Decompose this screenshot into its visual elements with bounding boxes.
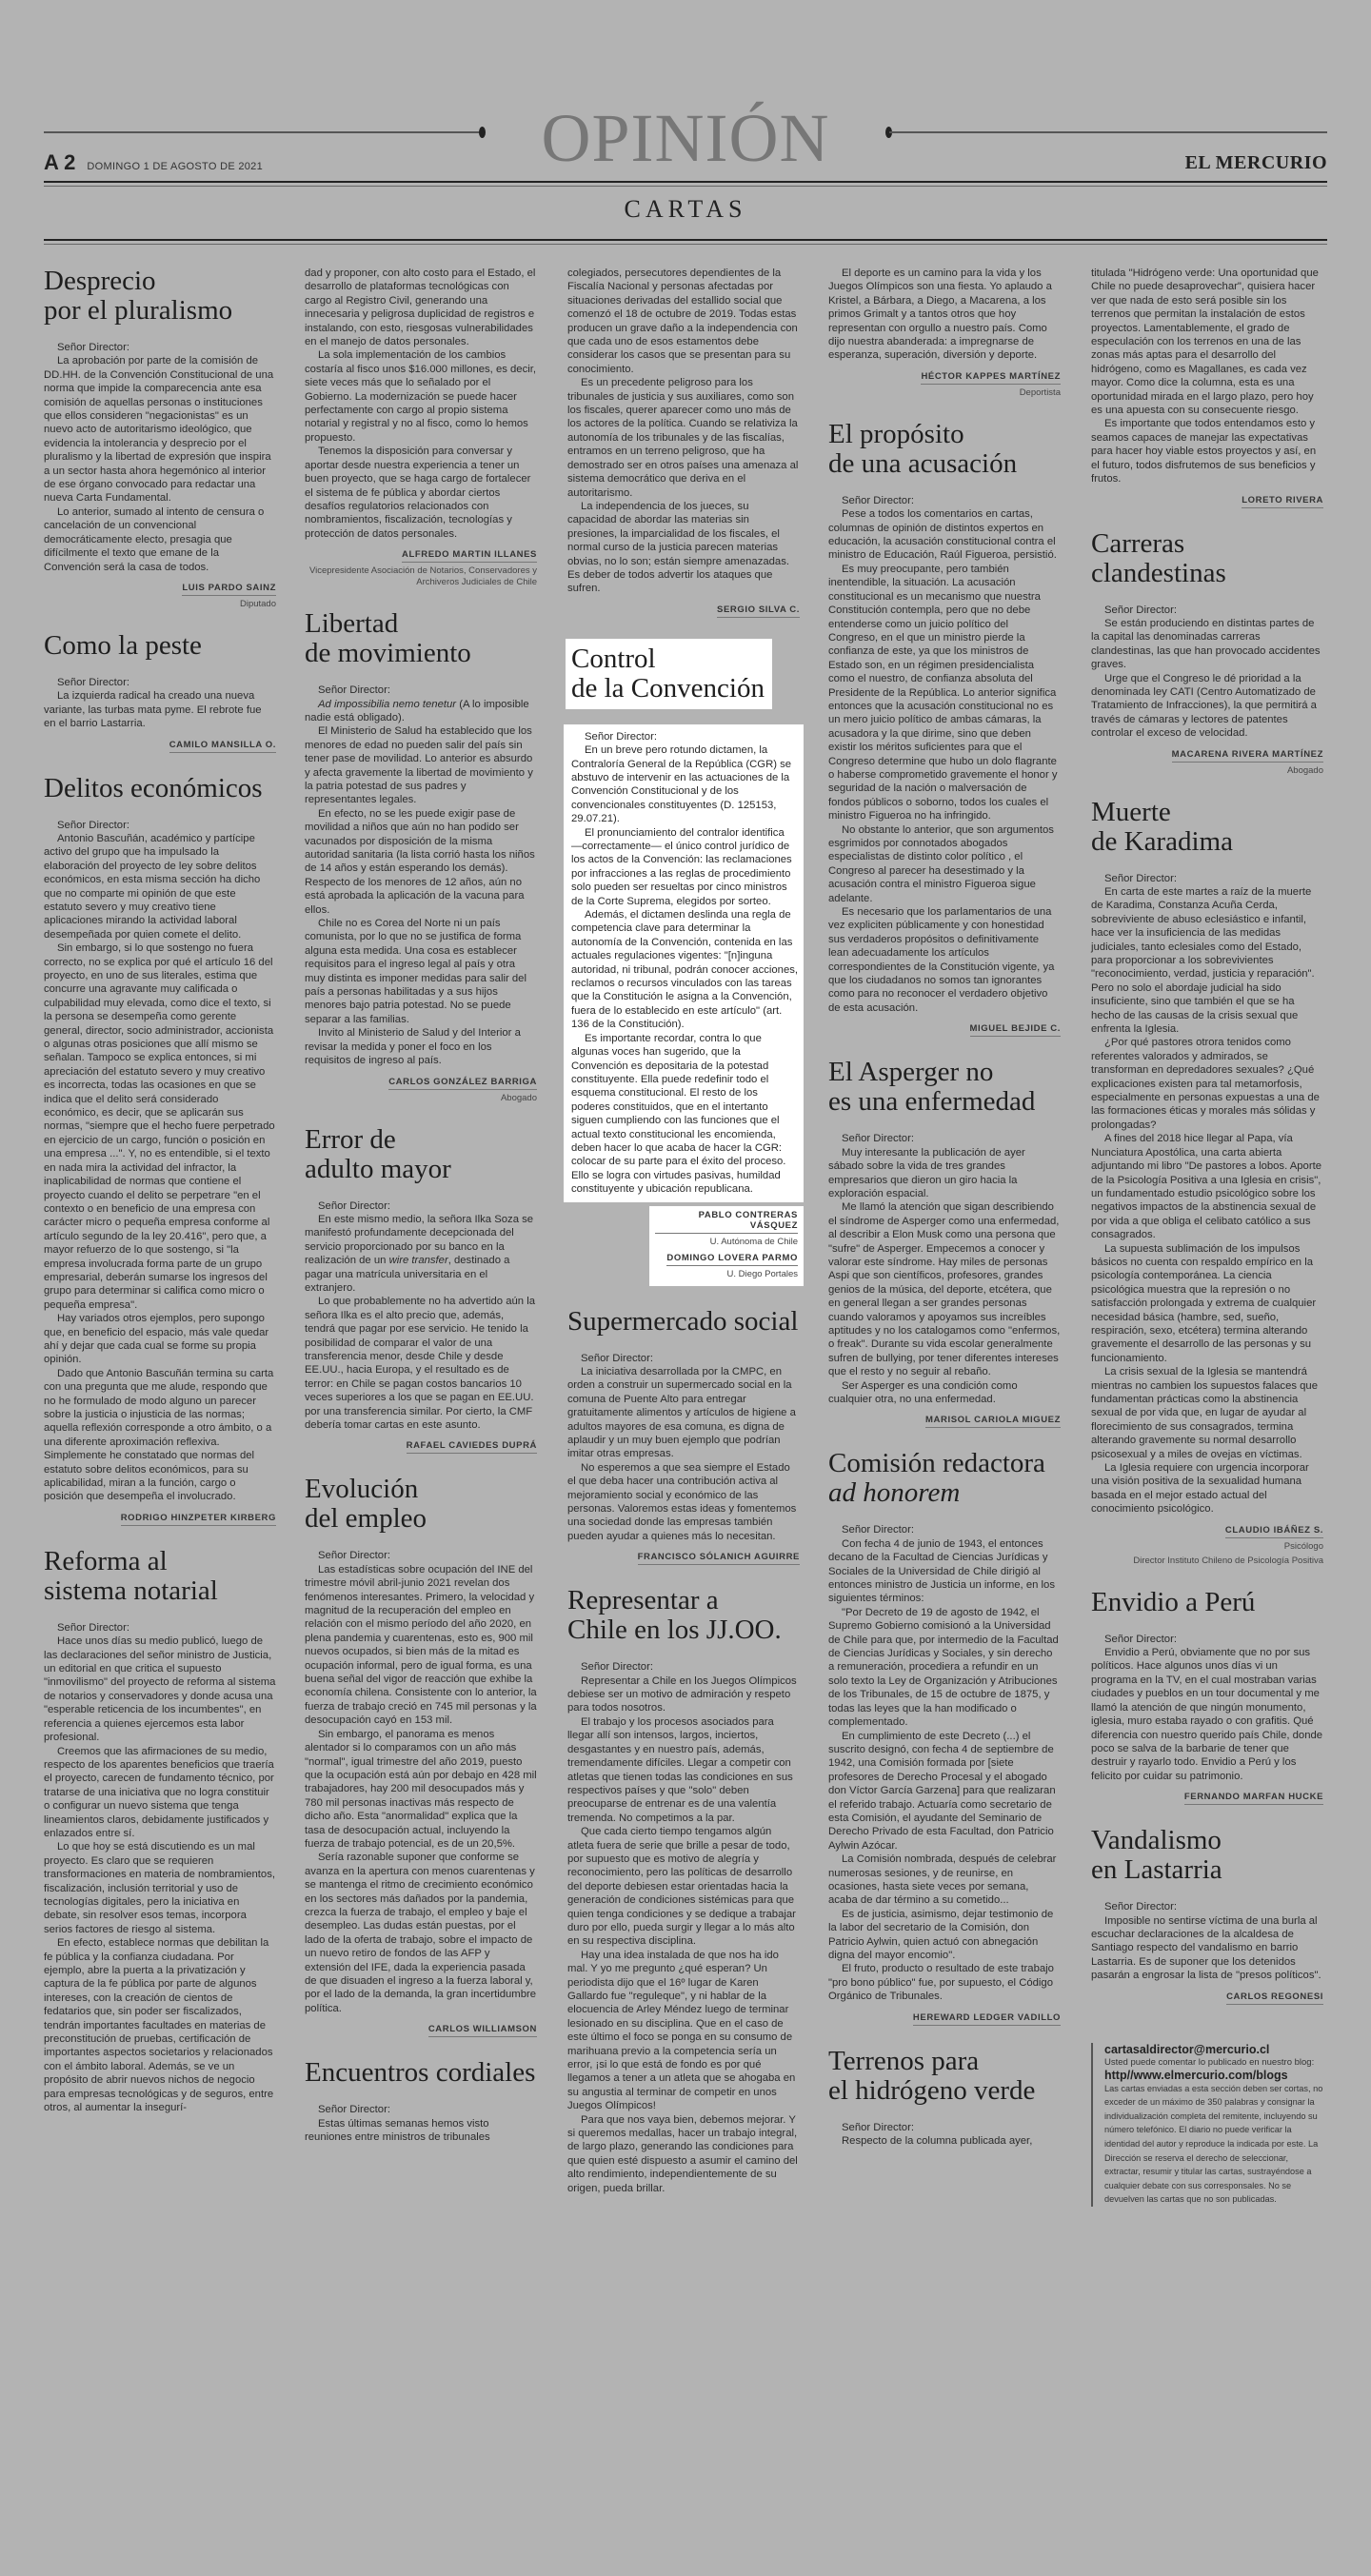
- signature: LORETO RIVERA: [1091, 490, 1323, 508]
- paragraph: Lo que hoy se está discutiendo es un mal…: [44, 1840, 276, 1936]
- letter-body: Señor Director: Respecto de la columna p…: [828, 2121, 1061, 2149]
- author-name: RAFAEL CAVIEDES DUPRÁ: [407, 1440, 537, 1454]
- subsection-title: CARTAS: [44, 195, 1327, 224]
- salutation: Señor Director:: [1091, 604, 1323, 617]
- divider: [44, 186, 1327, 187]
- signature: HEREWARD LEDGER VADILLO: [828, 2008, 1061, 2026]
- paragraph: Es importante que todos entendamos esto …: [1091, 417, 1323, 485]
- letter-body: Señor Director: Imposible no sentirse ví…: [1091, 1900, 1323, 1982]
- signature: CAMILO MANSILLA O.: [44, 735, 276, 753]
- paragraph: Me llamó la atención que sigan describie…: [828, 1200, 1061, 1378]
- paragraph: En efecto, establece normas que debilita…: [44, 1936, 276, 2114]
- contact-box: cartasaldirector@mercurio.cl Usted puede…: [1091, 2043, 1323, 2207]
- paragraph: Además, el dictamen deslinda una regla d…: [571, 908, 798, 1032]
- salutation: Señor Director:: [828, 1132, 1061, 1145]
- paragraph: Es importante recordar, contra lo que al…: [571, 1032, 798, 1197]
- author-name: CARLOS GONZÁLEZ BARRIGA: [388, 1077, 537, 1090]
- signature: CARLOS WILLIAMSON: [305, 2019, 537, 2037]
- signature: MIGUEL BEJIDE C.: [828, 1019, 1061, 1037]
- paragraph: titulada "Hidrógeno verde: Una oportunid…: [1091, 267, 1323, 417]
- salutation: Señor Director:: [305, 2103, 537, 2116]
- letter-body: Señor Director: Estas últimas semanas he…: [305, 2103, 537, 2144]
- paragraph: El trabajo y los procesos asociados para…: [567, 1715, 800, 1825]
- letter-body: Señor Director: Ad impossibilia nemo ten…: [305, 684, 537, 1067]
- letter-supermercado: Supermercado social Señor Director: La i…: [567, 1307, 800, 1566]
- salutation: Señor Director:: [571, 730, 798, 743]
- masthead-rule-right: [889, 131, 1327, 133]
- paragraph: Ser Asperger es una condición como cualq…: [828, 1379, 1061, 1407]
- page-number: A 2: [44, 150, 75, 175]
- paragraph: En efecto, no se les puede exigir pase d…: [305, 807, 537, 917]
- letter-headline: Control de la Convención: [566, 639, 772, 709]
- paragraph: El deporte es un camino para la vida y l…: [828, 267, 1061, 363]
- letter-headline: Libertad de movimiento: [305, 609, 537, 668]
- paragraph: Hay una idea instalada de que nos ha ido…: [567, 1949, 800, 2113]
- letter-headline: Envidio a Perú: [1091, 1588, 1323, 1617]
- letter-asperger: El Asperger no es una enfermedad Señor D…: [828, 1058, 1061, 1428]
- paragraph: Es necesario que los parlamentarios de u…: [828, 905, 1061, 1015]
- letter-headline: Delitos económicos: [44, 774, 276, 803]
- author-title: Director Instituto Chileno de Psicología…: [1091, 1556, 1323, 1567]
- paragraph: Estas últimas semanas hemos visto reunio…: [305, 2117, 537, 2145]
- blog-note: Usted puede comentar lo publicado en nue…: [1104, 2056, 1323, 2069]
- salutation: Señor Director:: [44, 676, 276, 689]
- divider: [44, 181, 1327, 183]
- salutation: Señor Director:: [567, 1352, 800, 1365]
- letter-body: Señor Director: Envidio a Perú, obviamen…: [1091, 1633, 1323, 1783]
- signature: FERNANDO MARFAN HUCKE: [1091, 1787, 1323, 1805]
- paragraph: Imposible no sentirse víctima de una bur…: [1091, 1914, 1323, 1983]
- salutation: Señor Director:: [567, 1660, 800, 1674]
- column-5: titulada "Hidrógeno verde: Una oportunid…: [1091, 267, 1323, 2207]
- letter-jjoo-continued: El deporte es un camino para la vida y l…: [828, 267, 1061, 399]
- letter-body: Señor Director: Antonio Bascuñán, académ…: [44, 819, 276, 1504]
- letter-body: Señor Director: Se están produciendo en …: [1091, 604, 1323, 741]
- letter-headline: Como la peste: [44, 631, 276, 661]
- paragraph: Sería razonable suponer que conforme se …: [305, 1851, 537, 2015]
- paragraph: Muy interesante la publicación de ayer s…: [828, 1146, 1061, 1201]
- paragraph: "Por Decreto de 19 de agosto de 1942, el…: [828, 1606, 1061, 1730]
- paragraph: Ad impossibilia nemo tenetur (A lo impos…: [305, 698, 537, 725]
- author-title: U. Autónoma de Chile: [655, 1237, 798, 1248]
- letter-error-adulto: Error de adulto mayor Señor Director: En…: [305, 1125, 537, 1455]
- salutation: Señor Director:: [305, 1549, 537, 1562]
- paragraph: Antonio Bascuñán, académico y partícipe …: [44, 832, 276, 941]
- letter-body: titulada "Hidrógeno verde: Una oportunid…: [1091, 267, 1323, 486]
- letter-desprecio: Desprecio por el pluralismo Señor Direct…: [44, 267, 276, 610]
- paragraph: Es de justicia, asimismo, dejar testimon…: [828, 1908, 1061, 1963]
- page-info: A 2 DOMINGO 1 DE AGOSTO DE 2021: [44, 150, 263, 175]
- author-name: DOMINGO LOVERA PARMO: [666, 1253, 798, 1266]
- salutation: Señor Director:: [828, 1523, 1061, 1536]
- letter-empleo: Evolución del empleo Señor Director: Las…: [305, 1475, 537, 2037]
- salutation: Señor Director:: [828, 2121, 1061, 2134]
- paragraph: Representar a Chile en los Juegos Olímpi…: [567, 1674, 800, 1715]
- paragraph: El Ministerio de Salud ha establecido qu…: [305, 724, 537, 806]
- paragraph: Urge que el Congreso le dé prioridad a l…: [1091, 672, 1323, 741]
- salutation: Señor Director:: [305, 1199, 537, 1213]
- author-name: CARLOS WILLIAMSON: [428, 2024, 537, 2037]
- author-name: RODRIGO HINZPETER KIRBERG: [121, 1513, 276, 1526]
- paragraph: Que cada cierto tiempo tengamos algún at…: [567, 1825, 800, 1949]
- author-name: PABLO CONTRERAS VÁSQUEZ: [655, 1210, 798, 1234]
- signature: CLAUDIO IBÁÑEZ S. Psicólogo Director Ins…: [1091, 1520, 1323, 1567]
- paragraph: No esperemos a que sea siempre el Estado…: [567, 1461, 800, 1543]
- author-title: Abogado: [1091, 765, 1323, 777]
- author-name: MACARENA RIVERA MARTÍNEZ: [1172, 749, 1323, 763]
- letter-body: Señor Director: Las estadísticas sobre o…: [305, 1549, 537, 2015]
- paragraph: Es un precedente peligroso para los trib…: [567, 376, 800, 500]
- author-title: Psicólogo: [1091, 1541, 1323, 1553]
- letter-body: Señor Director: En un breve pero rotundo…: [564, 724, 804, 1202]
- author-title: Diputado: [44, 599, 276, 610]
- letter-karadima: Muerte de Karadima Señor Director: En ca…: [1091, 798, 1323, 1567]
- contact-email-link[interactable]: cartasaldirector@mercurio.cl: [1104, 2043, 1323, 2056]
- signature: RAFAEL CAVIEDES DUPRÁ: [305, 1436, 537, 1454]
- letter-carreras: Carreras clandestinas Señor Director: Se…: [1091, 529, 1323, 777]
- letter-comision: Comisión redactora ad honorem Señor Dire…: [828, 1449, 1061, 2025]
- paragraph: Hay variados otros ejemplos, pero supong…: [44, 1312, 276, 1367]
- letter-control-convencion: Control de la Convención Señor Director:…: [567, 639, 800, 1286]
- paragraph: Chile no es Corea del Norte ni un país c…: [305, 917, 537, 1026]
- column-3: colegiados, persecutores dependientes de…: [567, 267, 800, 2216]
- letter-headline: El Asperger no es una enfermedad: [828, 1058, 1061, 1117]
- paragraph: Con fecha 4 de junio de 1943, el entonce…: [828, 1537, 1061, 1606]
- signature: FRANCISCO SÓLANICH AGUIRRE: [567, 1547, 800, 1565]
- paragraph: El pronunciamiento del contralor identif…: [571, 826, 798, 908]
- signature: MACARENA RIVERA MARTÍNEZ Abogado: [1091, 744, 1323, 777]
- paragraph: El fruto, producto o resultado de este t…: [828, 1962, 1061, 2003]
- paragraph: Creemos que las afirmaciones de su medio…: [44, 1745, 276, 1841]
- letter-body: Señor Director: La iniciativa desarrolla…: [567, 1352, 800, 1544]
- letter-headline: Vandalismo en Lastarria: [1091, 1826, 1323, 1885]
- author-name: FERNANDO MARFAN HUCKE: [1184, 1792, 1323, 1805]
- masthead: OPINIÓN A 2 DOMINGO 1 DE AGOSTO DE 2021 …: [44, 105, 1327, 257]
- author-name: MIGUEL BEJIDE C.: [970, 1023, 1061, 1037]
- letter-body: Señor Director: Con fecha 4 de junio de …: [828, 1523, 1061, 2003]
- letter-body: Señor Director: Pese a todos los comenta…: [828, 494, 1061, 1015]
- salutation: Señor Director:: [44, 341, 276, 354]
- letter-headline: Comisión redactora ad honorem: [828, 1449, 1061, 1508]
- paragraph: Hace unos días su medio publicó, luego d…: [44, 1635, 276, 1744]
- paragraph: La Iglesia requiere con urgencia incorpo…: [1091, 1461, 1323, 1516]
- salutation: Señor Director:: [1091, 872, 1323, 885]
- author-name: HÉCTOR KAPPES MARTÍNEZ: [921, 371, 1061, 385]
- paragraph: Se están produciendo en distintas partes…: [1091, 617, 1323, 672]
- paragraph: La crisis sexual de la Iglesia se manten…: [1091, 1365, 1323, 1461]
- author-title: Abogado: [305, 1093, 537, 1104]
- letter-headline: Supermercado social: [567, 1307, 800, 1337]
- publication-date: DOMINGO 1 DE AGOSTO DE 2021: [87, 161, 263, 172]
- signature: PABLO CONTRERAS VÁSQUEZ U. Autónoma de C…: [649, 1206, 804, 1286]
- paragraph: La aprobación por parte de la comisión d…: [44, 354, 276, 505]
- paragraph: ¿Por qué pastores otrora tenidos como re…: [1091, 1036, 1323, 1132]
- salutation: Señor Director:: [1091, 1633, 1323, 1646]
- paragraph: colegiados, persecutores dependientes de…: [567, 267, 800, 376]
- newspaper-name: EL MERCURIO: [1185, 152, 1327, 174]
- letter-body: Señor Director: En carta de este martes …: [1091, 872, 1323, 1516]
- paragraph: Tenemos la disposición para conversar y …: [305, 445, 537, 541]
- blog-url-link[interactable]: http//www.elmercurio.com/blogs: [1104, 2069, 1323, 2082]
- author-name: CARLOS REGONESI: [1226, 1991, 1323, 2005]
- letter-delitos: Delitos económicos Señor Director: Anton…: [44, 774, 276, 1526]
- paragraph: La supuesta sublimación de los impulsos …: [1091, 1242, 1323, 1366]
- author-name: FRANCISCO SÓLANICH AGUIRRE: [638, 1552, 800, 1565]
- latin-phrase: Ad impossibilia nemo tenetur: [318, 699, 456, 710]
- signature: SERGIO SILVA C.: [567, 600, 800, 618]
- letter-headline: Carreras clandestinas: [1091, 529, 1323, 588]
- paragraph: Invito al Ministerio de Salud y del Inte…: [305, 1026, 537, 1067]
- author-name: LUIS PARDO SAINZ: [182, 583, 276, 596]
- signature: ALFREDO MARTIN ILLANES Vicepresidente As…: [305, 545, 537, 588]
- letter-body: colegiados, persecutores dependientes de…: [567, 267, 800, 596]
- paragraph: Sin embargo, el panorama es menos alenta…: [305, 1728, 537, 1852]
- column-2: dad y proponer, con alto costo para el E…: [305, 267, 537, 2165]
- letter-body: Señor Director: En este mismo medio, la …: [305, 1199, 537, 1433]
- signature: MARISOL CARIOLA MIGUEZ: [828, 1410, 1061, 1428]
- salutation: Señor Director:: [305, 684, 537, 697]
- paragraph: La izquierda radical ha creado una nueva…: [44, 689, 276, 730]
- letter-headline: Encuentros cordiales: [305, 2058, 537, 2088]
- signature: RODRIGO HINZPETER KIRBERG: [44, 1508, 276, 1526]
- letter-notarial: Reforma al sistema notarial Señor Direct…: [44, 1547, 276, 2115]
- letter-headline: Representar a Chile en los JJ.OO.: [567, 1586, 800, 1645]
- signature: CARLOS REGONESI: [1091, 1987, 1323, 2005]
- letter-body: Señor Director: Representar a Chile en l…: [567, 1660, 800, 2195]
- letter-headline: Desprecio por el pluralismo: [44, 267, 276, 326]
- paragraph: Lo que probablemente no ha advertido aún…: [305, 1295, 537, 1432]
- letter-acusacion: El propósito de una acusación Señor Dire…: [828, 420, 1061, 1037]
- paragraph: No obstante lo anterior, que son argumen…: [828, 823, 1061, 905]
- author-name: SERGIO SILVA C.: [717, 604, 800, 618]
- letter-body: Señor Director: Hace unos días su medio …: [44, 1621, 276, 2115]
- letter-body: Señor Director: La izquierda radical ha …: [44, 676, 276, 731]
- column-1: Desprecio por el pluralismo Señor Direct…: [44, 267, 276, 2135]
- author-name: MARISOL CARIOLA MIGUEZ: [925, 1415, 1061, 1428]
- letter-jjoo: Representar a Chile en los JJ.OO. Señor …: [567, 1586, 800, 2195]
- signature: CARLOS GONZÁLEZ BARRIGA Abogado: [305, 1072, 537, 1104]
- letter-libertad: Libertad de movimiento Señor Director: A…: [305, 609, 537, 1103]
- paragraph: Es muy preocupante, pero también inenten…: [828, 563, 1061, 823]
- letter-peru: Envidio a Perú Señor Director: Envidio a…: [1091, 1588, 1323, 1805]
- divider: [44, 239, 1327, 241]
- author-name: ALFREDO MARTIN ILLANES: [402, 549, 537, 563]
- paragraph: dad y proponer, con alto costo para el E…: [305, 267, 537, 348]
- paragraph: La iniciativa desarrollada por la CMPC, …: [567, 1365, 800, 1461]
- author-name: CAMILO MANSILLA O.: [169, 740, 276, 753]
- letter-body: Señor Director: Muy interesante la publi…: [828, 1132, 1061, 1406]
- letter-notarial-continued: dad y proponer, con alto costo para el E…: [305, 267, 537, 588]
- paragraph: Lo anterior, sumado al intento de censur…: [44, 505, 276, 574]
- author-title: Deportista: [828, 387, 1061, 399]
- paragraph: En este mismo medio, la señora Ilka Soza…: [305, 1213, 537, 1295]
- letter-vandalismo: Vandalismo en Lastarria Señor Director: …: [1091, 1826, 1323, 2004]
- letter-headline: Terrenos para el hidrógeno verde: [828, 2047, 1061, 2106]
- letter-headline: Muerte de Karadima: [1091, 798, 1323, 857]
- paragraph: En un breve pero rotundo dictamen, la Co…: [571, 743, 798, 825]
- letter-body: Señor Director: La aprobación por parte …: [44, 341, 276, 574]
- paragraph: En carta de este martes a raíz de la mue…: [1091, 885, 1323, 1036]
- salutation: Señor Director:: [1091, 1900, 1323, 1913]
- letter-headline: Evolución del empleo: [305, 1475, 537, 1534]
- author-title: Vicepresidente Asociación de Notarios, C…: [305, 565, 537, 588]
- signature: HÉCTOR KAPPES MARTÍNEZ Deportista: [828, 367, 1061, 399]
- author-title: U. Diego Portales: [655, 1269, 798, 1280]
- salutation: Señor Director:: [44, 1621, 276, 1635]
- signature: LUIS PARDO SAINZ Diputado: [44, 578, 276, 610]
- paragraph: Respecto de la columna publicada ayer,: [828, 2134, 1061, 2148]
- submission-rules: Las cartas enviadas a esta sección deben…: [1104, 2082, 1323, 2207]
- divider: [44, 244, 1327, 245]
- letter-peste: Como la peste Señor Director: La izquier…: [44, 631, 276, 753]
- letter-headline: El propósito de una acusación: [828, 420, 1061, 479]
- salutation: Señor Director:: [828, 494, 1061, 507]
- letter-headline: Reforma al sistema notarial: [44, 1547, 276, 1606]
- paragraph: Dado que Antonio Bascuñán termina su car…: [44, 1367, 276, 1504]
- letter-body: El deporte es un camino para la vida y l…: [828, 267, 1061, 363]
- author-name: LORETO RIVERA: [1242, 495, 1323, 508]
- paragraph: Las estadísticas sobre ocupación del INE…: [305, 1563, 537, 1728]
- letter-encuentros-continued: colegiados, persecutores dependientes de…: [567, 267, 800, 618]
- paragraph: La independencia de los jueces, su capac…: [567, 500, 800, 596]
- letter-terrenos-continued: titulada "Hidrógeno verde: Una oportunid…: [1091, 267, 1323, 508]
- paragraph: A fines del 2018 hice llegar al Papa, ví…: [1091, 1132, 1323, 1241]
- paragraph: Para que nos vaya bien, debemos mejorar.…: [567, 2113, 800, 2195]
- letter-body: dad y proponer, con alto costo para el E…: [305, 267, 537, 541]
- author-name: HEREWARD LEDGER VADILLO: [913, 2012, 1061, 2026]
- paragraph: Sin embargo, si lo que sostengo no fuera…: [44, 941, 276, 1312]
- letter-headline: Error de adulto mayor: [305, 1125, 537, 1184]
- paragraph: Pese a todos los comentarios en cartas, …: [828, 507, 1061, 563]
- column-4: El deporte es un camino para la vida y l…: [828, 267, 1061, 2169]
- paragraph: La Comisión nombrada, después de celebra…: [828, 1853, 1061, 1908]
- paragraph: La sola implementación de los cambios co…: [305, 348, 537, 445]
- letter-encuentros: Encuentros cordiales Señor Director: Est…: [305, 2058, 537, 2144]
- paragraph: Envidio a Perú, obviamente que no por su…: [1091, 1646, 1323, 1783]
- author-name: CLAUDIO IBÁÑEZ S.: [1225, 1525, 1323, 1538]
- letter-terrenos: Terrenos para el hidrógeno verde Señor D…: [828, 2047, 1061, 2149]
- salutation: Señor Director:: [44, 819, 276, 832]
- paragraph: En cumplimiento de este Decreto (...) el…: [828, 1730, 1061, 1853]
